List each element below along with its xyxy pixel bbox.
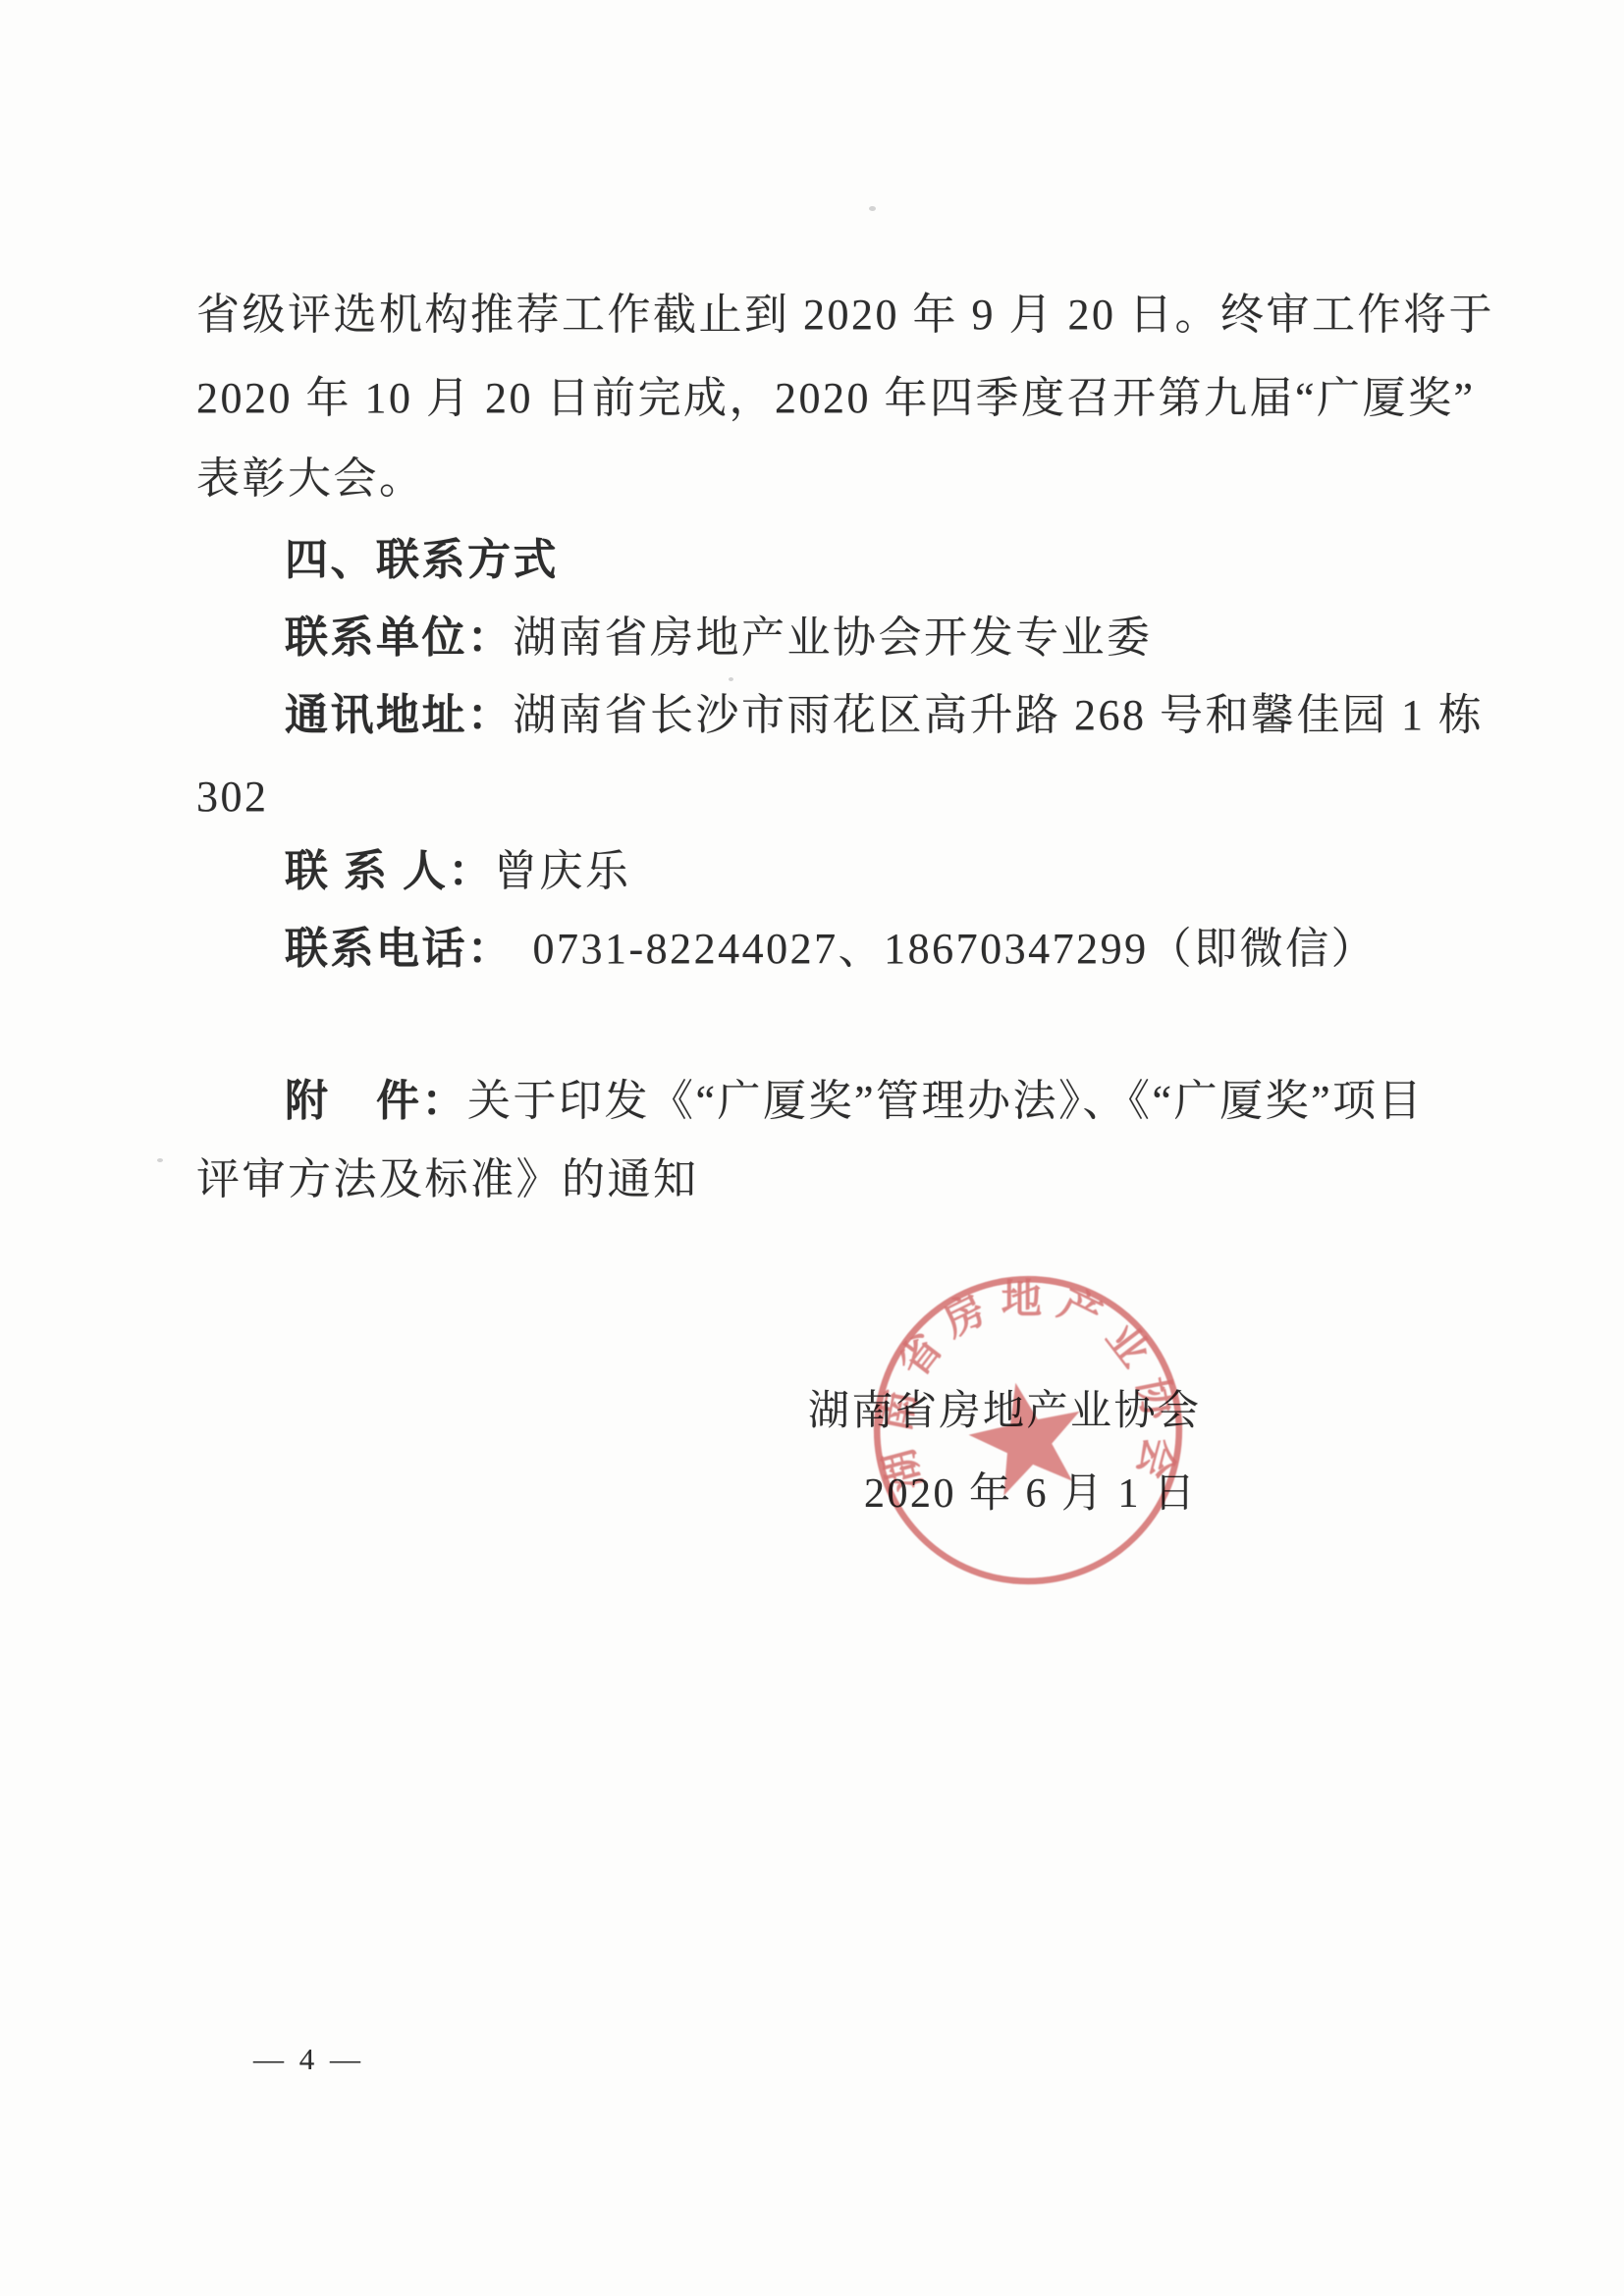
- contact-address-line: 通讯地址：湖南省长沙市雨花区高升路 268 号和馨佳园 1 栋: [285, 690, 1485, 741]
- contact-unit-label: 联系单位：: [285, 614, 514, 662]
- body-line-deadline-1: 省级评选机构推荐工作截止到 2020 年 9 月 20 日。终审工作将于: [196, 290, 1494, 341]
- page-number: — 4 —: [253, 2034, 364, 2085]
- contact-address-value: 湖南省长沙市雨花区高升路 268 号和馨佳园 1 栋: [514, 691, 1485, 739]
- contact-phone-label: 联系电话：: [285, 925, 514, 973]
- attachment-line-1: 附 件：关于印发《“广厦奖”管理办法》、《“广厦奖”项目: [285, 1076, 1424, 1127]
- contact-person-value: 曾庆乐: [494, 847, 631, 895]
- attachment-title-part2: 评审方法及标准》的通知: [196, 1154, 699, 1205]
- contact-unit-line: 联系单位：湖南省房地产业协会开发专业委: [285, 613, 1153, 664]
- section-heading-contact: 四、联系方式: [285, 535, 559, 586]
- contact-unit-value: 湖南省房地产业协会开发专业委: [514, 614, 1153, 662]
- scan-speck: [157, 1158, 163, 1162]
- contact-person-label: 联 系 人：: [285, 847, 494, 895]
- scan-speck: [869, 206, 876, 211]
- contact-address-overflow: 302: [196, 772, 269, 823]
- scan-speck: [729, 677, 733, 681]
- seal-star-icon: [969, 1383, 1080, 1496]
- attachment-label: 附 件：: [285, 1077, 467, 1125]
- body-line-deadline-2: 2020 年 10 月 20 日前完成，2020 年四季度召开第九届“广厦奖”: [196, 373, 1476, 424]
- attachment-title-part1: 关于印发《“广厦奖”管理办法》、《“广厦奖”项目: [467, 1077, 1424, 1125]
- contact-phone-line: 联系电话：0731-82244027、18670347299（即微信）: [285, 924, 1377, 975]
- body-line-deadline-3: 表彰大会。: [196, 454, 425, 505]
- contact-phone-value: 0731-82244027、18670347299（即微信）: [533, 925, 1378, 973]
- contact-address-label: 通讯地址：: [285, 691, 514, 739]
- document-page: 省级评选机构推荐工作截止到 2020 年 9 月 20 日。终审工作将于 202…: [0, 0, 1624, 2296]
- official-seal: 湖南省房地产业协会: [864, 1266, 1192, 1594]
- contact-person-line: 联 系 人：曾庆乐: [285, 846, 631, 897]
